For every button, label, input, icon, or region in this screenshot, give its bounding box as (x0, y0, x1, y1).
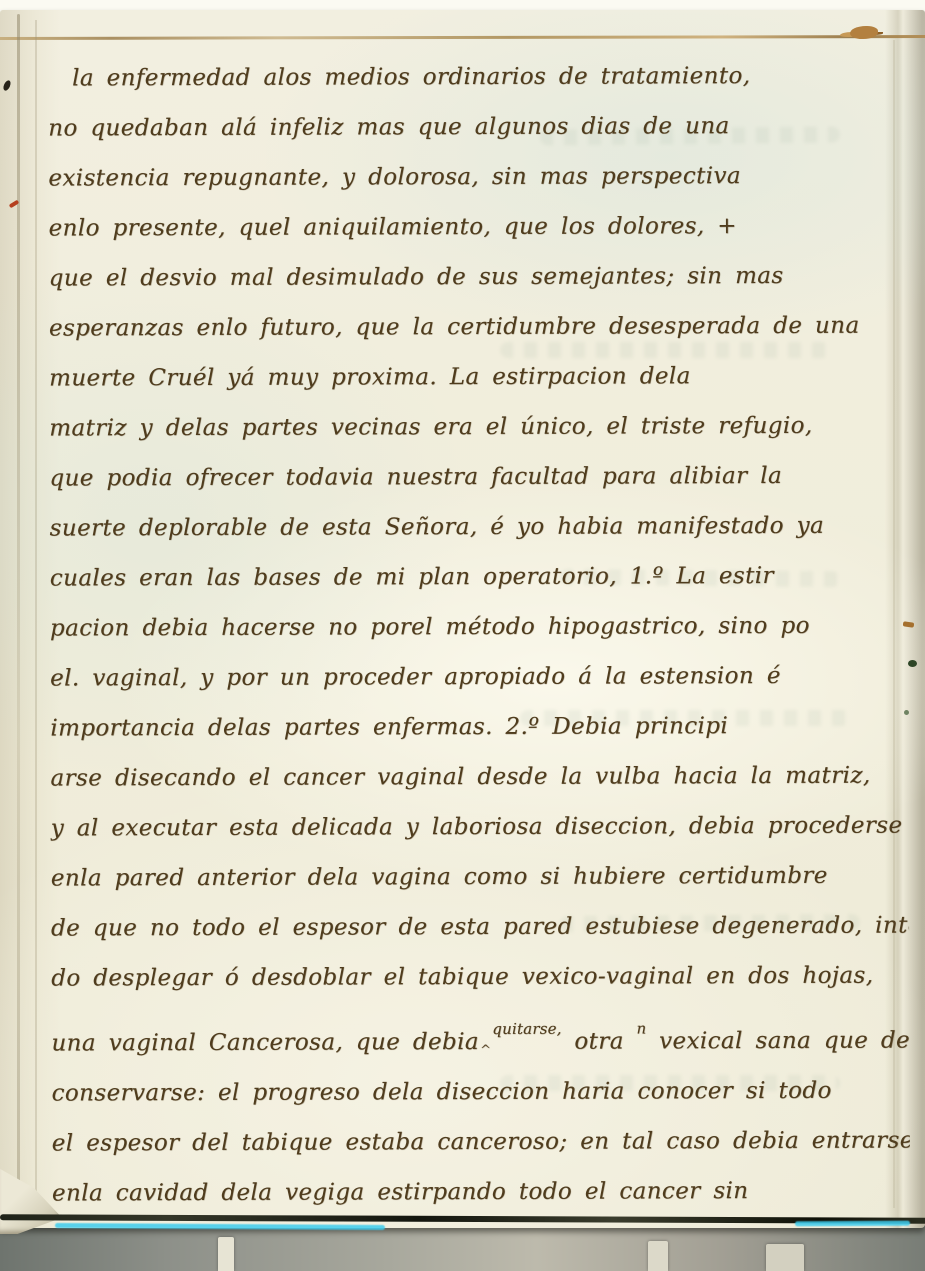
manuscript-line: el espesor del tabique estaba canceroso;… (52, 1115, 910, 1168)
manuscript-line: no quedaban alá infeliz mas que algunos … (48, 101, 906, 154)
binding-crease (17, 14, 20, 1220)
manuscript-line: enla cavidad dela vegiga estirpando todo… (52, 1165, 910, 1218)
manuscript-line: cuales eran las bases de mi plan operato… (50, 551, 908, 604)
manuscript-line: suerte deplorable de esta Señora, é yo h… (50, 501, 908, 554)
page-tab (648, 1241, 668, 1271)
insertion-caret: ^ (480, 1026, 491, 1076)
line-segment: una vaginal Cancerosa, que debia (51, 1029, 479, 1056)
manuscript-line: importancia delas partes enfermas. 2.º D… (50, 701, 908, 754)
manuscript-line: muerte Cruél yá muy proxima. La estirpac… (49, 351, 907, 404)
manuscript-line: esperanzas enlo futuro, que la certidumb… (49, 301, 907, 354)
scanned-manuscript: la enfermedad alos medios ordinarios de … (0, 0, 925, 1271)
page-top-edge (0, 35, 925, 40)
manuscript-line: y al executar esta delicada y laboriosa … (51, 801, 909, 854)
manuscript-line: enlo presente, quel aniquilamiento, que … (48, 201, 906, 254)
manuscript-line: existencia repugnante, y dolorosa, sin m… (48, 151, 906, 204)
interlinear-insertion: n (636, 1003, 646, 1053)
manuscript-line: pacion debia hacerse no porel método hip… (50, 601, 908, 654)
manuscript-line: que el desvio mal desimulado de sus seme… (49, 251, 907, 304)
ink-dot (904, 710, 909, 715)
ink-dot (908, 660, 917, 667)
manuscript-line: arse disecando el cancer vaginal desde l… (50, 751, 908, 804)
manuscript-line: el. vaginal, y por un proceder apropiado… (50, 651, 908, 704)
scanner-light-sliver (55, 1223, 385, 1230)
manuscript-line: matriz y delas partes vecinas era el úni… (49, 401, 907, 454)
manuscript-line: la enfermedad alos medios ordinarios de … (48, 51, 906, 104)
manuscript-line: una vaginal Cancerosa, que debia^quitars… (51, 1016, 909, 1069)
page-tab (218, 1237, 234, 1271)
line-segment: vexical sana que debia (646, 1027, 910, 1054)
binding-crease (35, 20, 37, 1212)
manuscript-line: de que no todo el espesor de esta pared … (51, 901, 909, 954)
manuscript-line: do desplegar ó desdoblar el tabique vexi… (51, 951, 909, 1004)
scanner-light-sliver (795, 1221, 910, 1227)
manuscript-line: enla pared anterior dela vagina como si … (51, 851, 909, 904)
ink-blot (2, 79, 12, 91)
manuscript-text: la enfermedad alos medios ordinarios de … (48, 51, 910, 1222)
interlinear-insertion: quitarse, (492, 1004, 562, 1054)
manuscript-line: que podia ofrecer todavia nuestra facult… (49, 451, 907, 504)
line-segment: otra (562, 1028, 637, 1054)
page-tab (766, 1244, 804, 1271)
manuscript-page: la enfermedad alos medios ordinarios de … (0, 10, 925, 1228)
